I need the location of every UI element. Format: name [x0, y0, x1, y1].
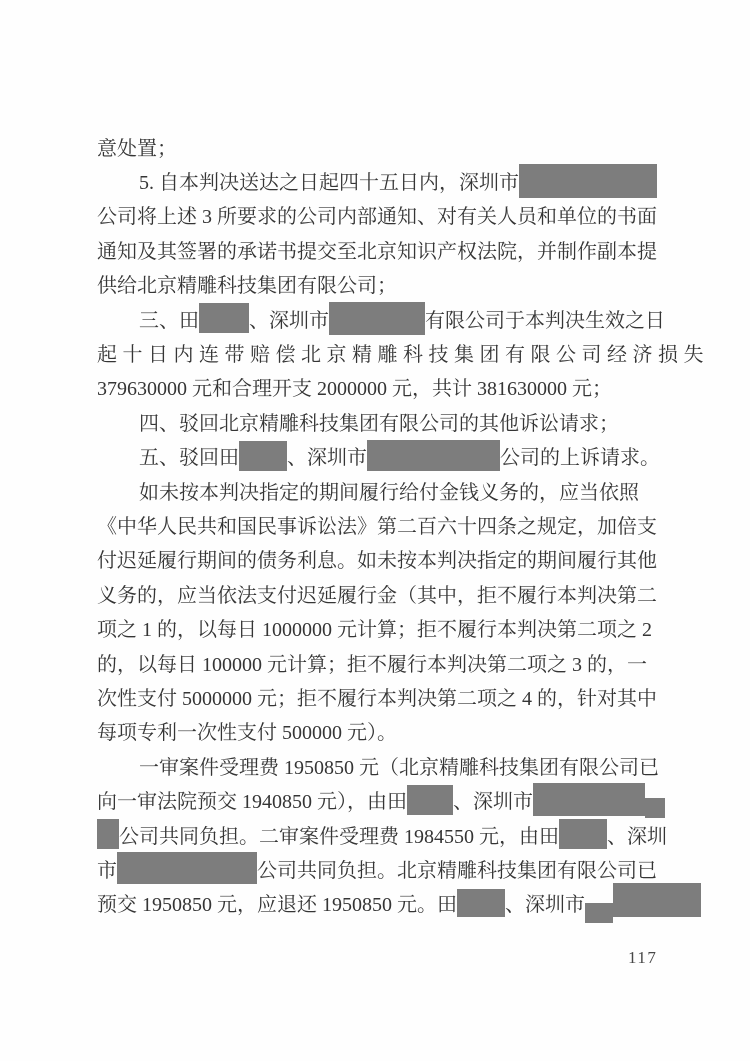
text-run: 一审案件受理费 1950850 元（北京精雕科技集团有限公司已 [139, 751, 659, 780]
text-line: 三、田、深圳市有限公司于本判决生效之日 [97, 301, 663, 335]
text-run: 、深圳 [607, 820, 667, 849]
text-run: 次性支付 5000000 元；拒不履行本判决第二项之 4 的，针对其中 [97, 682, 657, 711]
text-run: 如未按本判决指定的期间履行给付金钱义务的，应当依照 [139, 476, 639, 505]
page-number: 117 [628, 948, 657, 968]
redaction-block [329, 302, 425, 335]
redaction-block [367, 440, 500, 471]
text-line: 义务的，应当依法支付迟延履行金（其中，拒不履行本判决第二 [97, 576, 663, 610]
text-run: 、深圳市 [249, 304, 329, 333]
text-run: 通知及其签署的承诺书提交至北京知识产权法院，并制作副本提 [97, 235, 657, 264]
text-run: 项之 1 的，以每日 1000000 元计算；拒不履行本判决第二项之 2 [97, 613, 652, 642]
redaction-block [559, 819, 607, 849]
text-line: 预交 1950850 元，应退还 1950850 元。田、深圳市 [97, 886, 663, 920]
text-run: 、深圳市 [505, 888, 585, 917]
text-run: 市 [97, 854, 117, 883]
text-run: 公司的上诉请求。 [500, 441, 660, 470]
text-run: 每项专利一次性支付 500000 元）。 [97, 716, 397, 745]
redaction-block [457, 889, 505, 917]
text-run: 379630000 元和合理开支 2000000 元，共计 381630000 … [97, 372, 612, 401]
redaction-block [613, 883, 701, 917]
document-page: 意处置；5. 自本判决送达之日起四十五日内，深圳市公司将上述 3 所要求的公司内… [0, 0, 750, 1061]
text-run: 的，以每日 100000 元计算；拒不履行本判决第二项之 3 的，一 [97, 648, 647, 677]
text-run: 公司将上述 3 所要求的公司内部通知、对有关人员和单位的书面 [97, 200, 657, 229]
text-line: 通知及其签署的承诺书提交至北京知识产权法院，并制作副本提 [97, 232, 663, 266]
text-run: 付迟延履行期间的债务利息。如未按本判决指定的期间履行其他 [97, 544, 657, 573]
text-line: 向一审法院预交 1940850 元），由田、深圳市 [97, 782, 663, 816]
text-run: 5. 自本判决送达之日起四十五日内，深圳市 [139, 166, 519, 195]
text-run: 有限公司于本判决生效之日 [425, 304, 665, 333]
text-line: 供给北京精雕科技集团有限公司； [97, 267, 663, 301]
redaction-block [519, 164, 657, 198]
text-line: 项之 1 的，以每日 1000000 元计算；拒不履行本判决第二项之 2 [97, 610, 663, 644]
redaction-block [533, 783, 645, 816]
text-run: 预交 1950850 元，应退还 1950850 元。田 [97, 888, 457, 917]
text-line: 公司将上述 3 所要求的公司内部通知、对有关人员和单位的书面 [97, 198, 663, 232]
text-run: 公司共同负担。北京精雕科技集团有限公司已 [257, 854, 657, 883]
text-line: 市公司共同负担。北京精雕科技集团有限公司已 [97, 851, 663, 885]
text-run: 义务的，应当依法支付迟延履行金（其中，拒不履行本判决第二 [97, 579, 657, 608]
text-run: 供给北京精雕科技集团有限公司； [97, 269, 397, 298]
redaction-block [117, 852, 257, 884]
text-line: 一审案件受理费 1950850 元（北京精雕科技集团有限公司已 [97, 748, 663, 782]
text-line: 付迟延履行期间的债务利息。如未按本判决指定的期间履行其他 [97, 542, 663, 576]
redaction-block [199, 303, 249, 333]
text-run: 、深圳市 [287, 441, 367, 470]
redaction-block [407, 785, 453, 815]
text-line: 《中华人民共和国民事诉讼法》第二百六十四条之规定，加倍支 [97, 507, 663, 541]
text-run: 、深圳市 [453, 785, 533, 814]
text-run: 三、田 [139, 304, 199, 333]
text-line: 的，以每日 100000 元计算；拒不履行本判决第二项之 3 的，一 [97, 645, 663, 679]
redaction-block [97, 819, 119, 849]
text-line: 次性支付 5000000 元；拒不履行本判决第二项之 4 的，针对其中 [97, 679, 663, 713]
text-line: 每项专利一次性支付 500000 元）。 [97, 714, 663, 748]
text-run: 四、驳回北京精雕科技集团有限公司的其他诉讼请求； [139, 407, 619, 436]
text-line: 意处置； [97, 129, 663, 163]
text-run: 公司共同负担。二审案件受理费 1984550 元，由田 [119, 820, 559, 849]
redaction-block [239, 441, 287, 471]
text-line: 5. 自本判决送达之日起四十五日内，深圳市 [97, 163, 663, 197]
document-text-block: 意处置；5. 自本判决送达之日起四十五日内，深圳市公司将上述 3 所要求的公司内… [97, 129, 663, 920]
redaction-block [645, 798, 665, 818]
text-line: 379630000 元和合理开支 2000000 元，共计 381630000 … [97, 370, 663, 404]
text-line: 四、驳回北京精雕科技集团有限公司的其他诉讼请求； [97, 404, 663, 438]
text-line: 公司共同负担。二审案件受理费 1984550 元，由田、深圳 [97, 817, 663, 851]
text-run: 向一审法院预交 1940850 元），由田 [97, 785, 407, 814]
text-line: 起十日内连带赔偿北京精雕科技集团有限公司经济损失 [97, 335, 663, 369]
text-line: 五、驳回田、深圳市公司的上诉请求。 [97, 439, 663, 473]
text-run: 起十日内连带赔偿北京精雕科技集团有限公司经济损失 [97, 338, 709, 367]
redaction-block [585, 903, 613, 923]
text-run: 《中华人民共和国民事诉讼法》第二百六十四条之规定，加倍支 [97, 510, 657, 539]
text-run: 五、驳回田 [139, 441, 239, 470]
text-run: 意处置； [97, 132, 177, 161]
text-line: 如未按本判决指定的期间履行给付金钱义务的，应当依照 [97, 473, 663, 507]
